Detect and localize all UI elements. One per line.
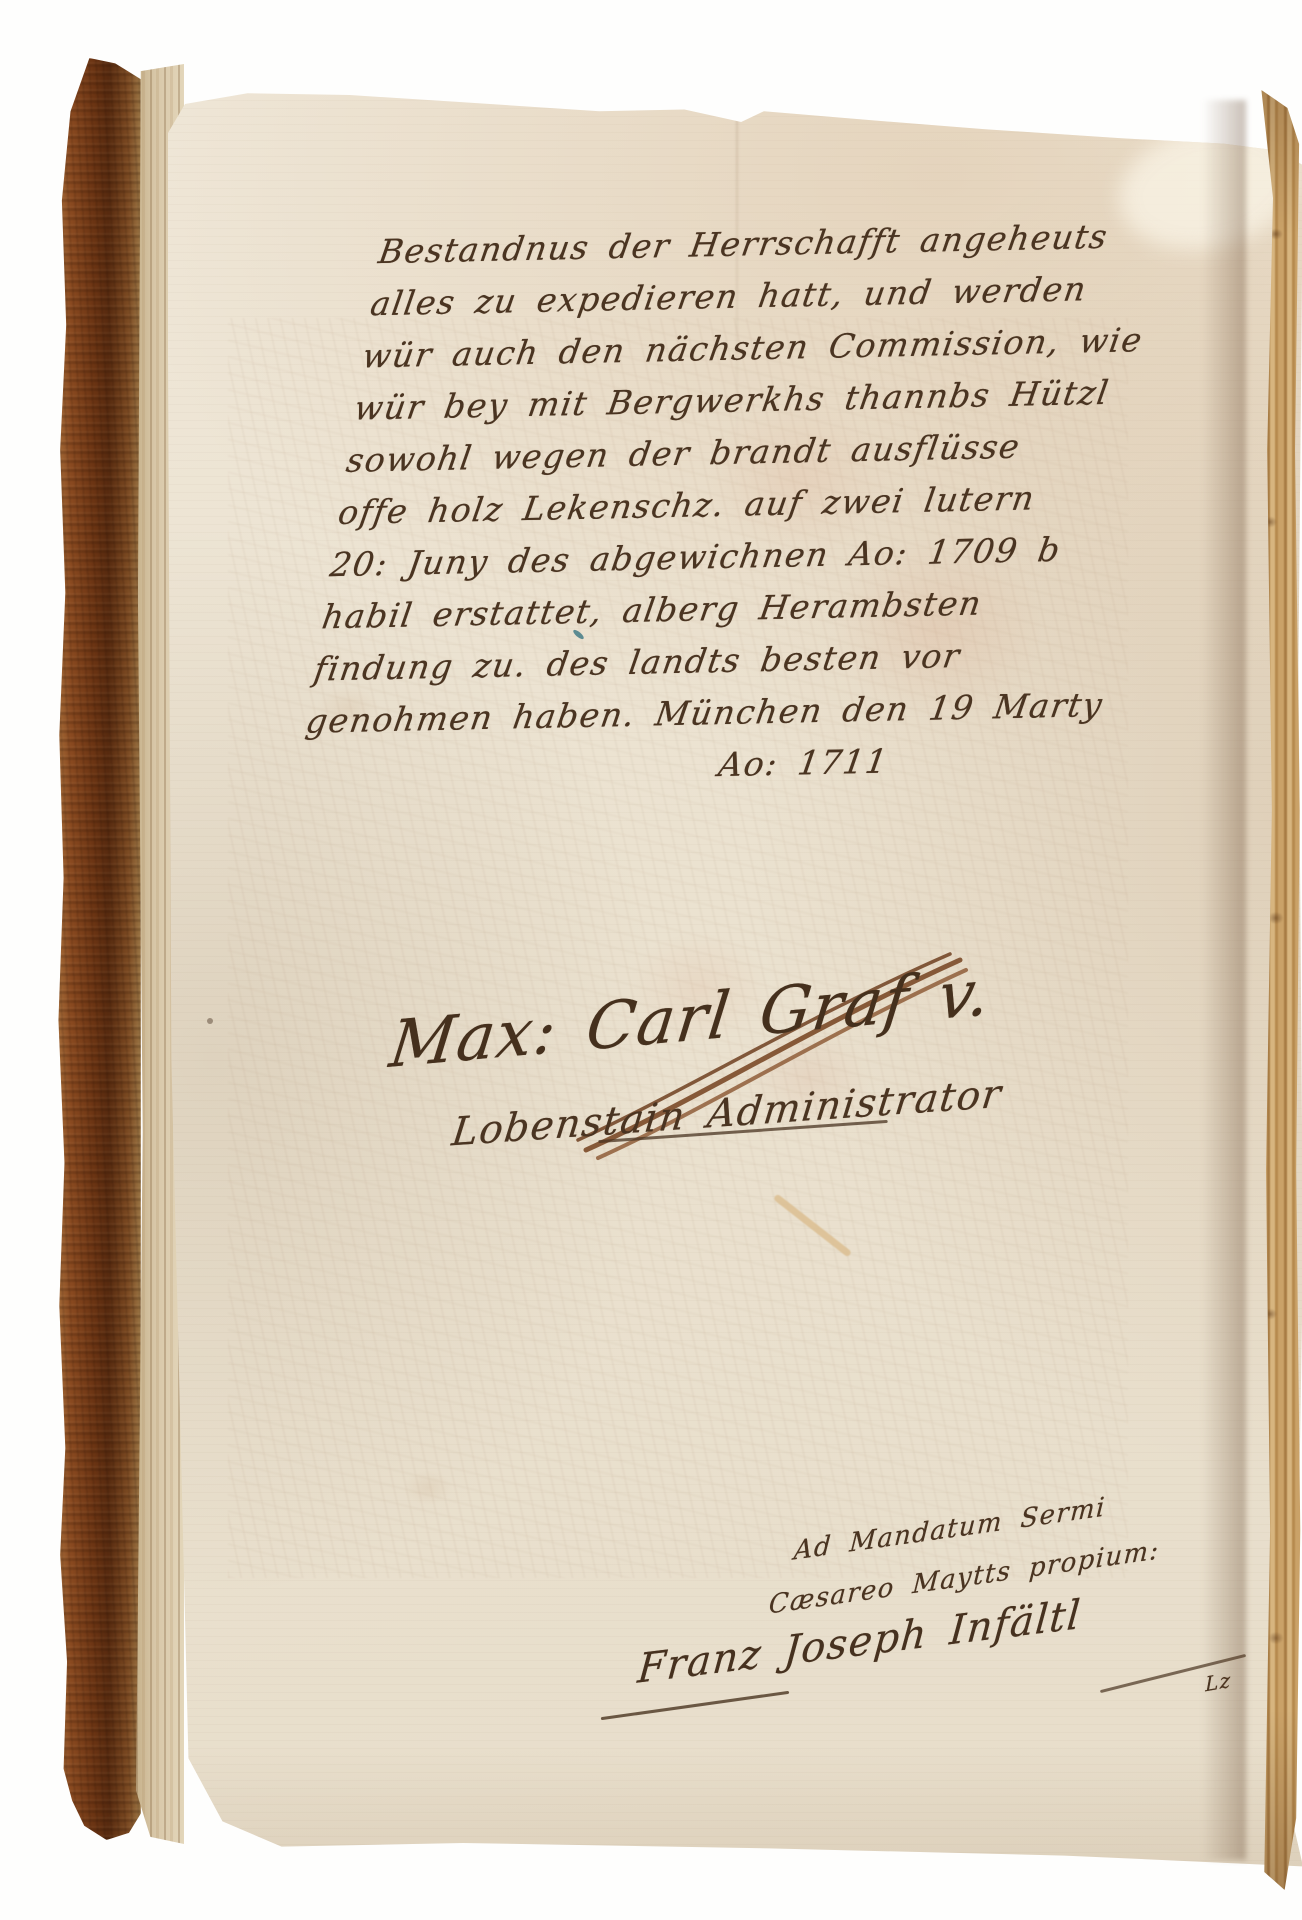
book-photo: Bestandnus der Herrschafft angeheuts all… [40, 40, 1302, 1882]
spine-leather-texture [55, 58, 141, 1840]
book-spine [55, 58, 141, 1840]
manuscript-page: Bestandnus der Herrschafft angeheuts all… [168, 68, 1302, 1870]
ink-dot [207, 1018, 213, 1024]
manuscript-text-block: Bestandnus der Herrschafft angeheuts all… [294, 208, 1243, 800]
gutter-shadow [1202, 100, 1246, 1860]
manuscript-photo-screenshot: Bestandnus der Herrschafft angeheuts all… [0, 0, 1302, 1920]
